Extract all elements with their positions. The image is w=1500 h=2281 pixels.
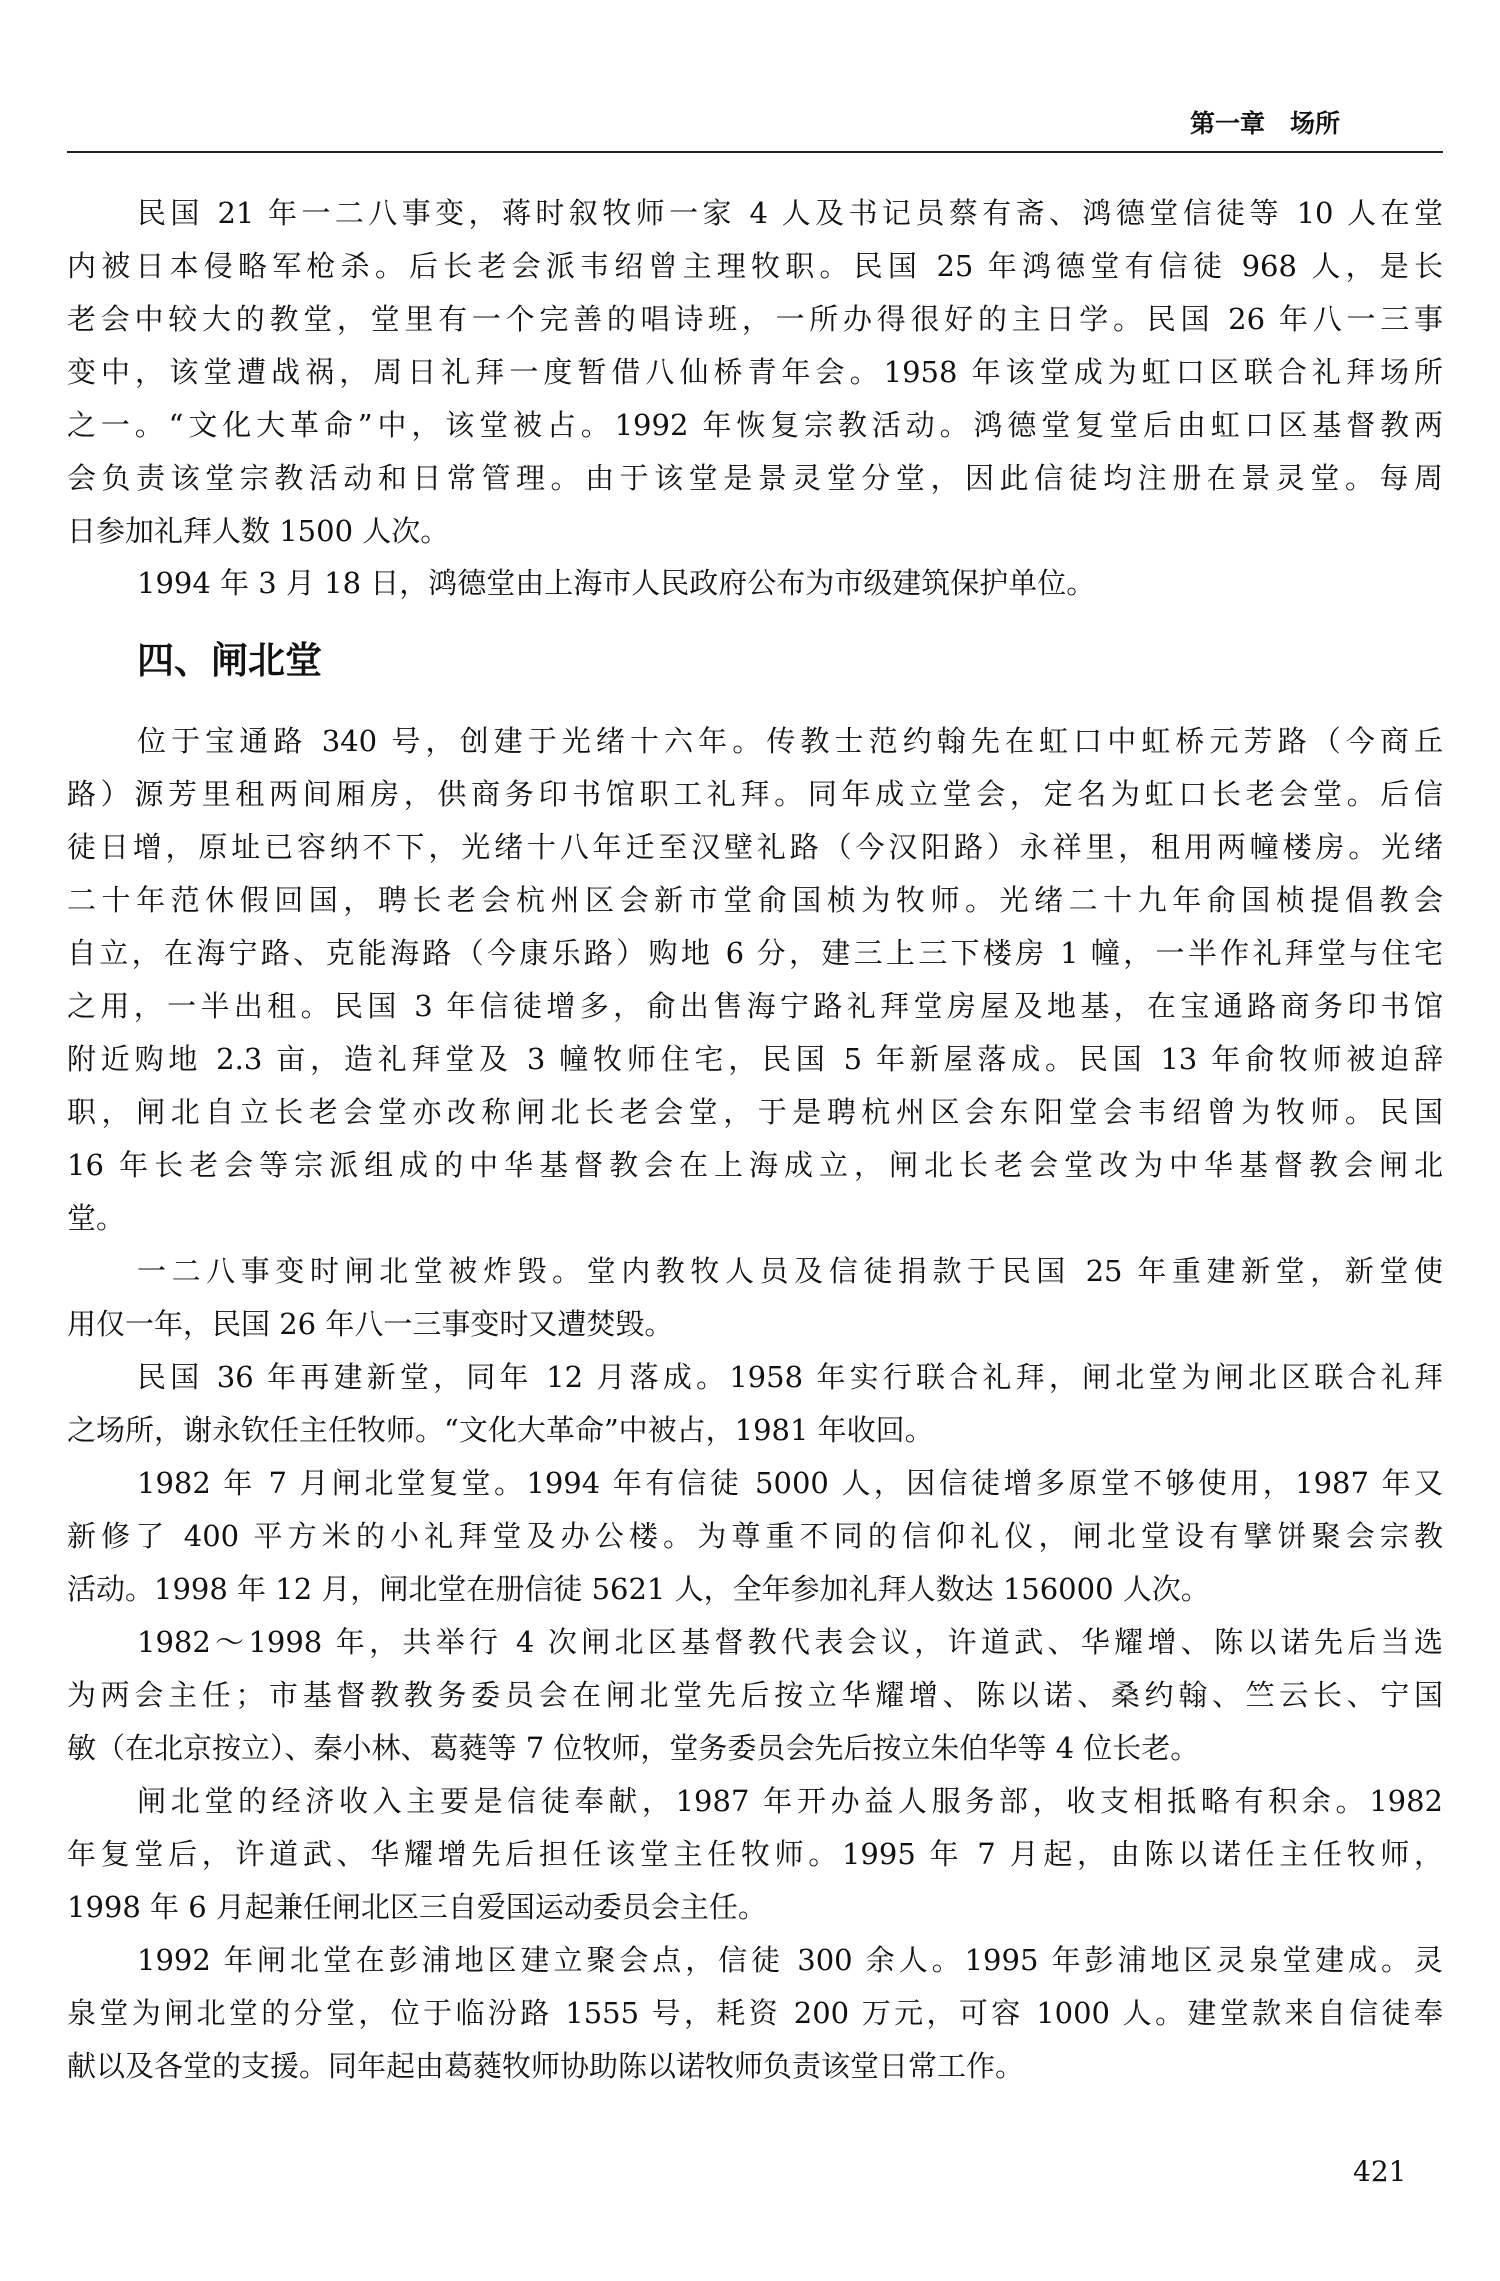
- text-line: 年复堂后，许道武、华耀增先后担任该堂主任牧师。1995 年 7 月起，由陈以诺任…: [67, 1828, 1443, 1881]
- text-line: 职，闸北自立长老会堂亦改称闸北长老会堂，于是聘杭州区会东阳堂会韦绍曾为牧师。民国: [67, 1086, 1443, 1139]
- section-heading: 四、闸北堂: [137, 636, 322, 686]
- text-line: 1982～1998 年，共举行 4 次闸北区基督教代表会议，许道武、华耀增、陈以…: [137, 1616, 1443, 1669]
- text-line: 徒日增，原址已容纳不下，光绪十八年迁至汉壁礼路（今汉阳路）永祥里，租用两幢楼房。…: [67, 821, 1443, 874]
- text-line: 泉堂为闸北堂的分堂，位于临汾路 1555 号，耗资 200 万元，可容 1000…: [67, 1987, 1443, 2040]
- text-line: 1998 年 6 月起兼任闸北区三自爱国运动委员会主任。: [67, 1881, 1443, 1934]
- text-line: 献以及各堂的支援。同年起由葛蕤牧师协助陈以诺牧师负责该堂日常工作。: [67, 2040, 1443, 2093]
- text-line: 路）源芳里租两间厢房，供商务印书馆职工礼拜。同年成立堂会，定名为虹口长老会堂。后…: [67, 768, 1443, 821]
- text-line: 16 年长老会等宗派组成的中华基督教会在上海成立，闸北长老会堂改为中华基督教会闸…: [67, 1139, 1443, 1192]
- text-line: 老会中较大的教堂，堂里有一个完善的唱诗班，一所办得很好的主日学。民国 26 年八…: [67, 293, 1443, 346]
- text-line: 之场所，谢永钦任主任牧师。“文化大革命”中被占，1981 年收回。: [67, 1404, 1443, 1457]
- text-line: 民国 21 年一二八事变，蒋时叙牧师一家 4 人及书记员蔡有斋、鸿德堂信徒等 1…: [137, 187, 1443, 240]
- text-line: 内被日本侵略军枪杀。后长老会派韦绍曾主理牧职。民国 25 年鸿德堂有信徒 968…: [67, 240, 1443, 293]
- text-line: 位于宝通路 340 号，创建于光绪十六年。传教士范约翰先在虹口中虹桥元芳路（今商…: [137, 715, 1443, 768]
- text-line: 闸北堂的经济收入主要是信徒奉献，1987 年开办益人服务部，收支相抵略有积余。1…: [137, 1775, 1443, 1828]
- text-line: 1982 年 7 月闸北堂复堂。1994 年有信徒 5000 人，因信徒增多原堂…: [137, 1457, 1443, 1510]
- running-head-chapter-title: 第一章 场所: [1190, 104, 1390, 140]
- text-line: 附近购地 2.3 亩，造礼拜堂及 3 幢牧师住宅，民国 5 年新屋落成。民国 1…: [67, 1033, 1443, 1086]
- text-line: 1992 年闸北堂在彭浦地区建立聚会点，信徒 300 余人。1995 年彭浦地区…: [137, 1934, 1443, 1987]
- text-line: 1994 年 3 月 18 日，鸿德堂由上海市人民政府公布为市级建筑保护单位。: [137, 557, 1443, 610]
- text-line: 堂。: [67, 1192, 1443, 1245]
- text-line: 二十年范休假回国，聘长老会杭州区会新市堂俞国桢为牧师。光绪二十九年俞国桢提倡教会: [67, 874, 1443, 927]
- text-line: 新修了 400 平方米的小礼拜堂及办公楼。为尊重不同的信仰礼仪，闸北堂设有擘饼聚…: [67, 1510, 1443, 1563]
- text-line: 自立，在海宁路、克能海路（今康乐路）购地 6 分，建三上三下楼房 1 幢，一半作…: [67, 927, 1443, 980]
- page-number: 421: [1353, 2152, 1406, 2192]
- text-line: 变中，该堂遭战祸，周日礼拜一度暂借八仙桥青年会。1958 年该堂成为虹口区联合礼…: [67, 346, 1443, 399]
- text-line: 会负责该堂宗教活动和日常管理。由于该堂是景灵堂分堂，因此信徒均注册在景灵堂。每周: [67, 452, 1443, 505]
- text-line: 民国 36 年再建新堂，同年 12 月落成。1958 年实行联合礼拜，闸北堂为闸…: [137, 1351, 1443, 1404]
- text-line: 为两会主任；市基督教教务委员会在闸北堂先后按立华耀增、陈以诺、桑约翰、竺云长、宁…: [67, 1669, 1443, 1722]
- text-line: 日参加礼拜人数 1500 人次。: [67, 505, 1443, 558]
- text-line: 之用，一半出租。民国 3 年信徒增多，俞出售海宁路礼拜堂房屋及地基，在宝通路商务…: [67, 980, 1443, 1033]
- text-line: 敏（在北京按立）、秦小林、葛蕤等 7 位牧师，堂务委员会先后按立朱伯华等 4 位…: [67, 1722, 1443, 1775]
- text-line: 之一。“文化大革命”中，该堂被占。1992 年恢复宗教活动。鸿德堂复堂后由虹口区…: [67, 399, 1443, 452]
- text-line: 一二八事变时闸北堂被炸毁。堂内教牧人员及信徒捐款于民国 25 年重建新堂，新堂使: [137, 1245, 1443, 1298]
- text-line: 用仅一年，民国 26 年八一三事变时又遭焚毁。: [67, 1298, 1443, 1351]
- header-rule: [67, 151, 1443, 153]
- text-line: 活动。1998 年 12 月，闸北堂在册信徒 5621 人，全年参加礼拜人数达 …: [67, 1563, 1443, 1616]
